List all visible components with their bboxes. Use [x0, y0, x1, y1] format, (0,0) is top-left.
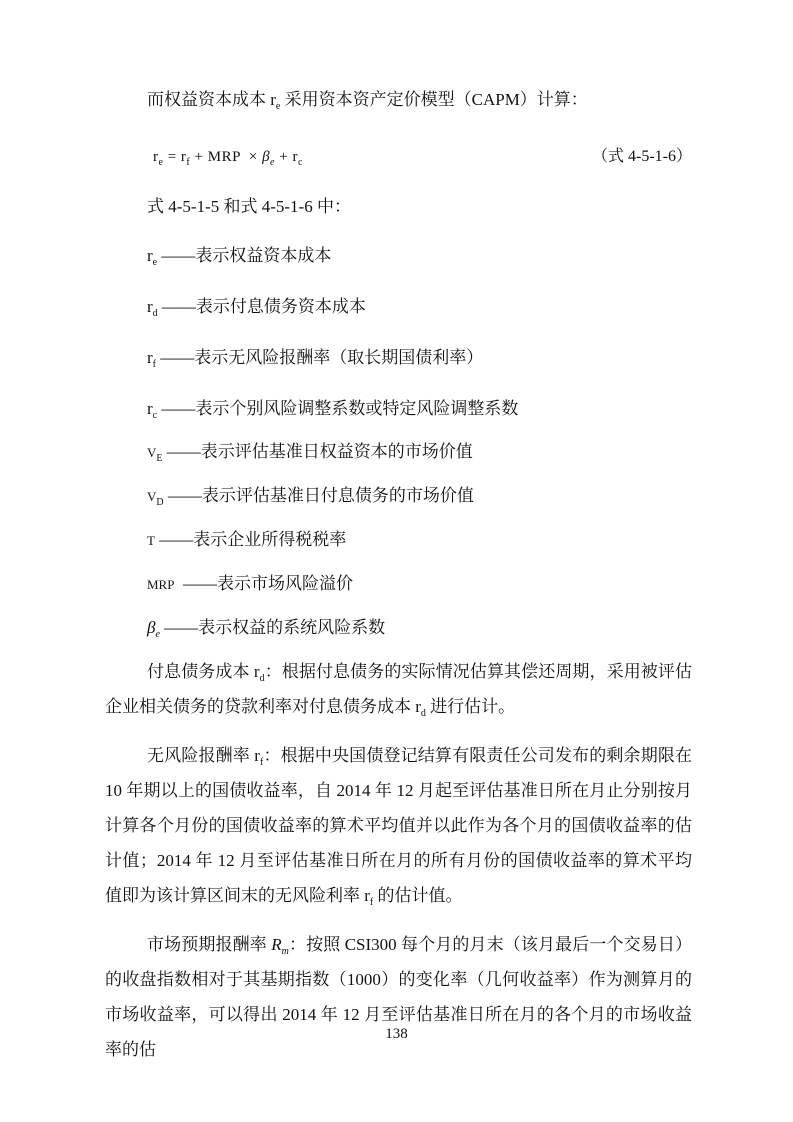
formula-row: re = rf + MRP × βe + rc （式 4-5-1-6） [105, 145, 692, 169]
definition-item-mrp: MRP ——表示市场风险溢价 [105, 572, 692, 597]
definition-item-rc: rc ——表示个别风险调整系数或特定风险调整系数 [105, 397, 692, 421]
formula-note: 式 4-5-1-5 和式 4-5-1-6 中： [105, 195, 692, 219]
paragraph-risk-free-rate: 无风险报酬率 rf：根据中央国债登记结算有限责任公司发布的剩余期限在 10 年期… [105, 738, 692, 913]
definition-item-re: re ——表示权益资本成本 [105, 244, 692, 268]
capm-formula: re = rf + MRP × βe + rc [153, 145, 303, 169]
definition-item-rd: rd ——表示付息债务资本成本 [105, 295, 692, 319]
definition-item-vd: VD ——表示评估基准日付息债务的市场价值 [105, 484, 692, 509]
definition-item-rf: rf ——表示无风险报酬率（取长期国债利率） [105, 346, 692, 370]
definition-item-ve: VE ——表示评估基准日权益资本的市场价值 [105, 440, 692, 465]
paragraph-market-return: 市场预期报酬率 Rm：按照 CSI300 每个月的月末（该月最后一个交易日）的收… [105, 927, 692, 1067]
formula-number: （式 4-5-1-6） [592, 145, 692, 169]
document-page: 而权益资本成本 re 采用资本资产定价模型（CAPM）计算： re = rf +… [0, 0, 793, 1122]
definitions-list: re ——表示权益资本成本 rd ——表示付息债务资本成本 rf ——表示无风险… [105, 244, 692, 640]
intro-paragraph: 而权益资本成本 re 采用资本资产定价模型（CAPM）计算： [105, 88, 692, 112]
definition-item-t: T ——表示企业所得税税率 [105, 528, 692, 553]
page-content: 而权益资本成本 re 采用资本资产定价模型（CAPM）计算： re = rf +… [105, 88, 692, 1067]
paragraph-debt-cost: 付息债务成本 rd：根据付息债务的实际情况估算其偿还周期，采用被评估企业相关债务… [105, 654, 692, 724]
page-number: 138 [0, 1024, 793, 1044]
definition-item-beta: βe ——表示权益的系统风险系数 [105, 616, 692, 640]
